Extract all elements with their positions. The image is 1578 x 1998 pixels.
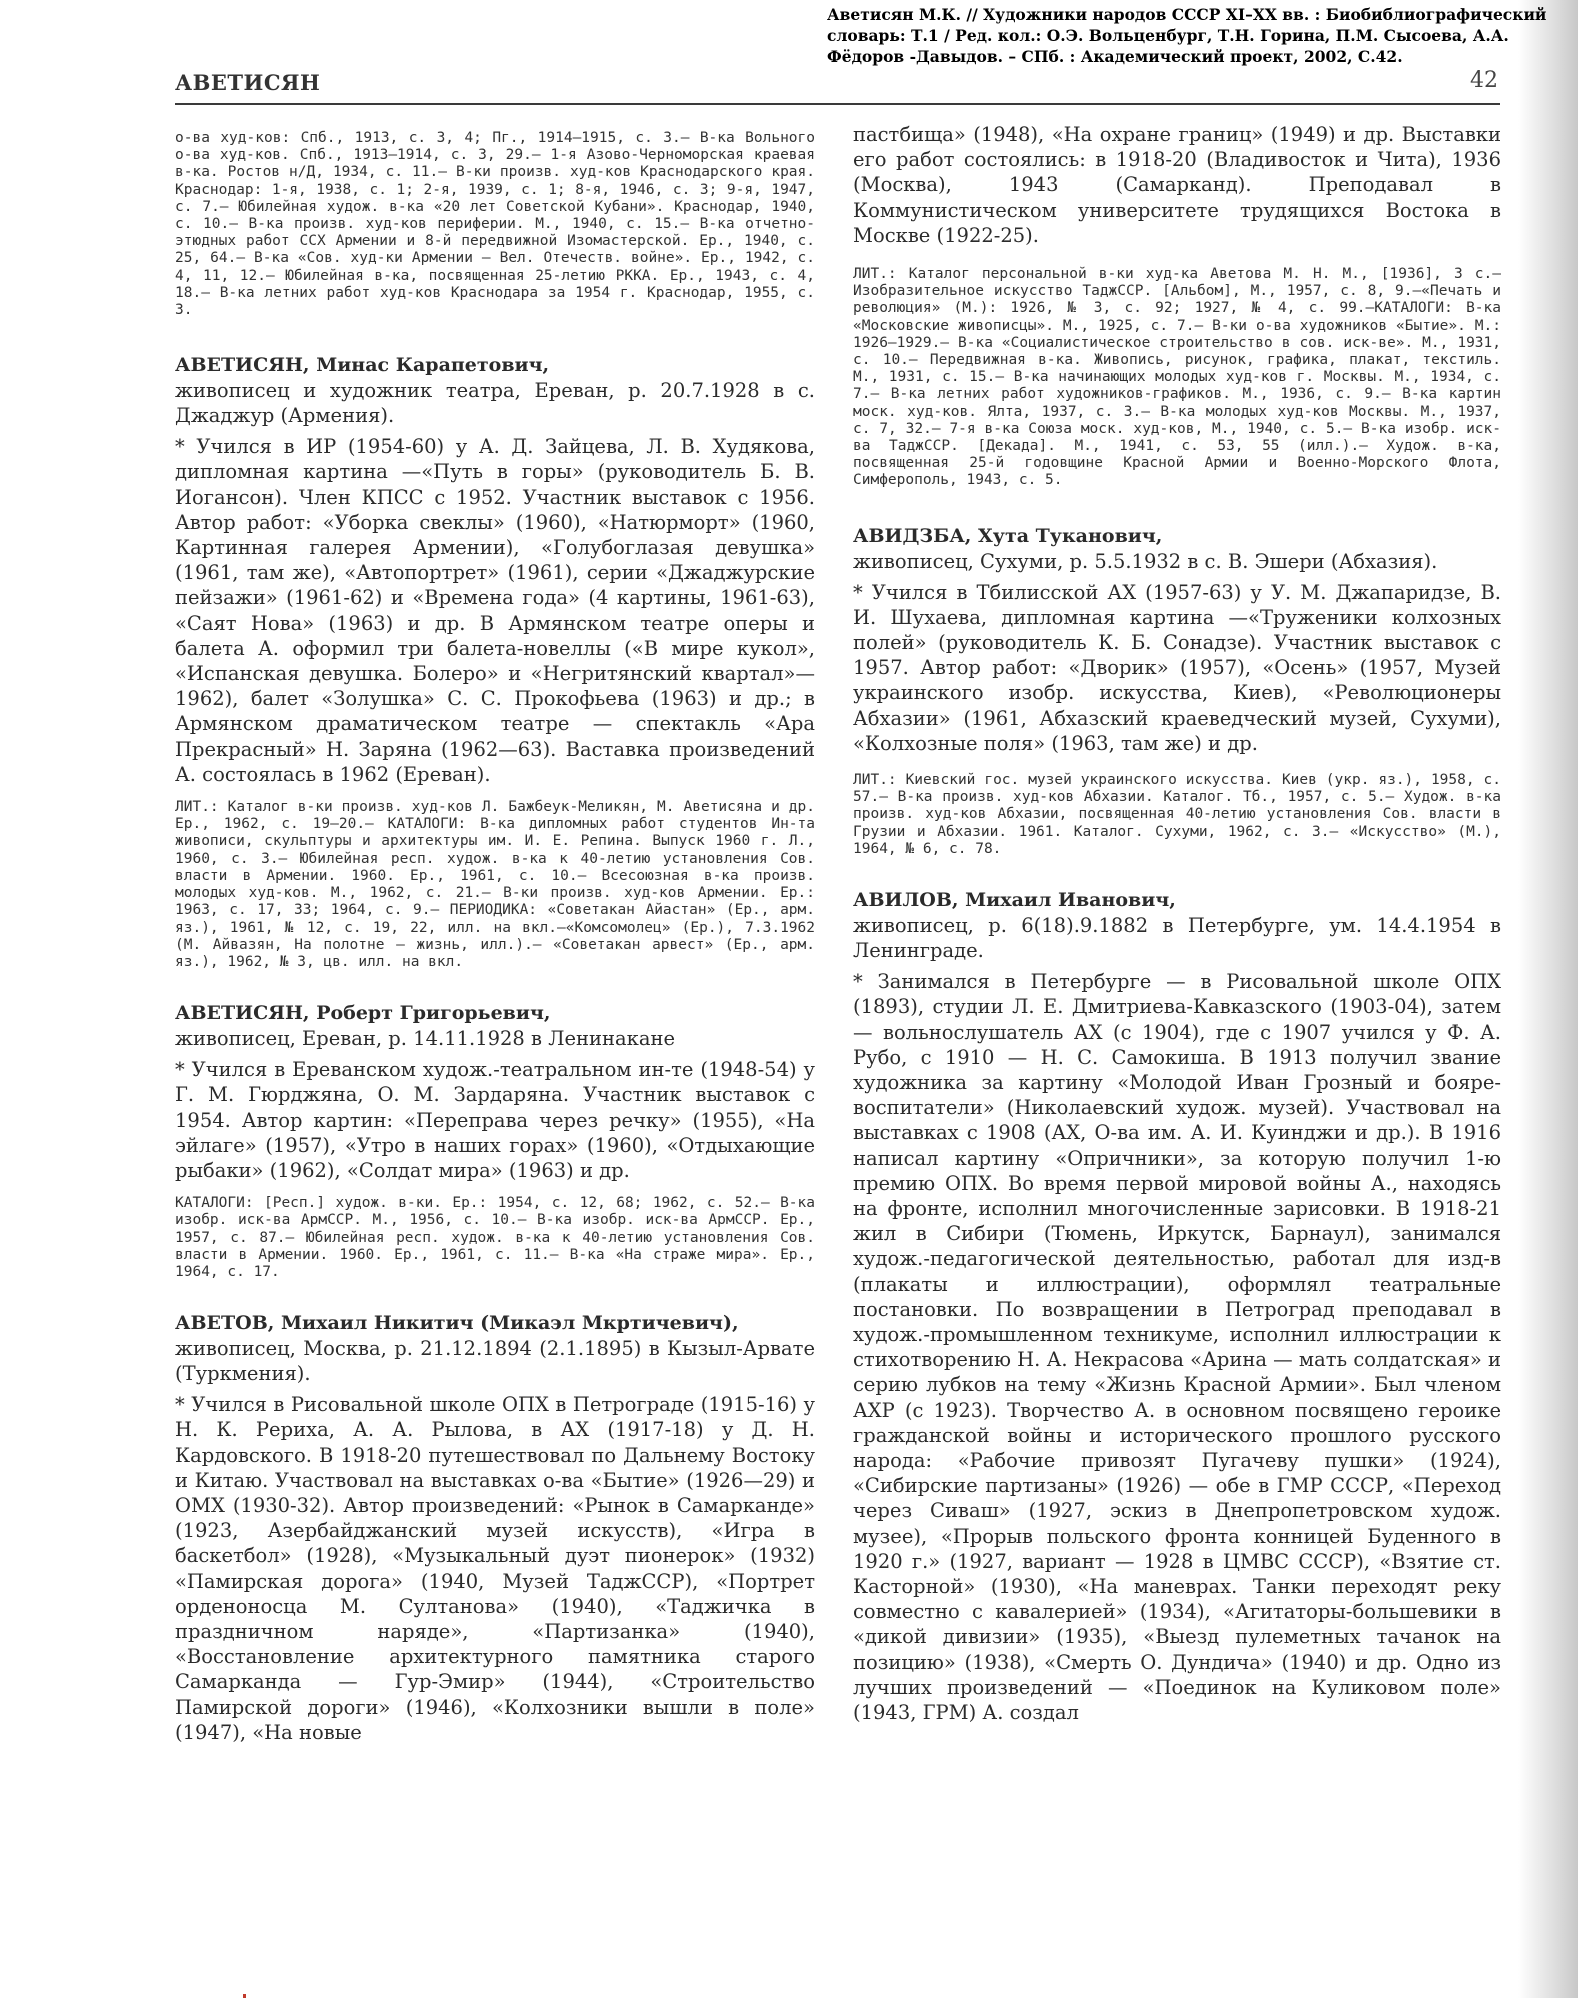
entry-mikhail-avetov: АВЕТОВ, Михаил Никитич (Микаэл Мкртичеви… xyxy=(175,1311,815,1745)
entry-bio: живописец и художник театра, Ереван, р. … xyxy=(175,378,815,428)
running-head: АВЕТИСЯН xyxy=(175,70,320,95)
continued-bibliography: ЛИТ.: Каталог персональной в-ки худ-ка А… xyxy=(853,266,1501,490)
entry-minas-avetisyan: АВЕТИСЯН, Минас Карапетович, живописец и… xyxy=(175,353,815,971)
entry-heading: АВЕТОВ, Михаил Никитич (Микаэл Мкртичеви… xyxy=(175,1311,815,1336)
entry-mikhail-avilov: АВИЛОВ, Михаил Иванович, живописец, р. 6… xyxy=(853,888,1501,1725)
entry-heading: АВИЛОВ, Михаил Иванович, xyxy=(853,888,1501,913)
entry-khuta-avidzba: АВИДЗБА, Хута Туканович, живописец, Суху… xyxy=(853,524,1501,858)
left-column: о-ва худ-ков: Спб., 1913, с. 3, 4; Пг., … xyxy=(175,130,815,1745)
source-citation: Аветисян М.К. // Художники народов СССР … xyxy=(827,4,1567,67)
page-number: 42 xyxy=(1470,68,1498,93)
entry-surname: АВИДЗБА, xyxy=(853,525,971,547)
red-ink-mark xyxy=(243,1994,246,1998)
entry-bibliography: ЛИТ.: Каталог в-ки произв. худ-ков Л. Ба… xyxy=(175,799,815,971)
entry-heading: АВЕТИСЯН, Минас Карапетович, xyxy=(175,353,815,378)
entry-bio: живописец, Москва, р. 21.12.1894 (2.1.18… xyxy=(175,1336,815,1386)
continued-entry-body: пастбища» (1948), «На охране границ» (19… xyxy=(853,122,1501,248)
entry-bio: живописец, Ереван, р. 14.11.1928 в Ленин… xyxy=(175,1026,815,1051)
continued-bibliography: о-ва худ-ков: Спб., 1913, с. 3, 4; Пг., … xyxy=(175,130,815,319)
entry-given-name: Минас Карапетович, xyxy=(316,354,549,376)
entry-robert-avetisyan: АВЕТИСЯН, Роберт Григорьевич, живописец,… xyxy=(175,1001,815,1281)
entry-given-name: Роберт Григорьевич, xyxy=(316,1002,550,1024)
binding-shadow xyxy=(1518,0,1578,1998)
entry-body: * Учился в Тбилисской АХ (1957-63) у У. … xyxy=(853,580,1501,756)
entry-body: * Учился в Рисовальной школе ОПХ в Петро… xyxy=(175,1392,815,1745)
entry-body: * Учился в Ереванском худож.-театральном… xyxy=(175,1057,815,1183)
entry-surname: АВЕТИСЯН, xyxy=(175,354,310,376)
header-rule xyxy=(175,103,1500,105)
entry-given-name: Михаил Никитич (Микаэл Мкртичевич), xyxy=(281,1312,739,1334)
entry-heading: АВИДЗБА, Хута Туканович, xyxy=(853,524,1501,549)
entry-surname: АВЕТИСЯН, xyxy=(175,1002,310,1024)
entry-surname: АВИЛОВ, xyxy=(853,889,959,911)
entry-given-name: Михаил Иванович, xyxy=(965,889,1176,911)
right-column: пастбища» (1948), «На охране границ» (19… xyxy=(853,130,1501,1725)
entry-body: * Учился в ИР (1954-60) у А. Д. Зайцева,… xyxy=(175,434,815,787)
entry-bibliography: ЛИТ.: Киевский гос. музей украинского ис… xyxy=(853,772,1501,858)
entry-body: * Занимался в Петербурге — в Рисовальной… xyxy=(853,969,1501,1725)
entry-bio: живописец, р. 6(18).9.1882 в Петербурге,… xyxy=(853,913,1501,963)
entry-given-name: Хута Туканович, xyxy=(978,525,1162,547)
entry-bio: живописец, Сухуми, р. 5.5.1932 в с. В. Э… xyxy=(853,549,1501,574)
entry-heading: АВЕТИСЯН, Роберт Григорьевич, xyxy=(175,1001,815,1026)
entry-surname: АВЕТОВ, xyxy=(175,1312,274,1334)
entry-bibliography: КАТАЛОГИ: [Респ.] худож. в-ки. Ер.: 1954… xyxy=(175,1195,815,1281)
